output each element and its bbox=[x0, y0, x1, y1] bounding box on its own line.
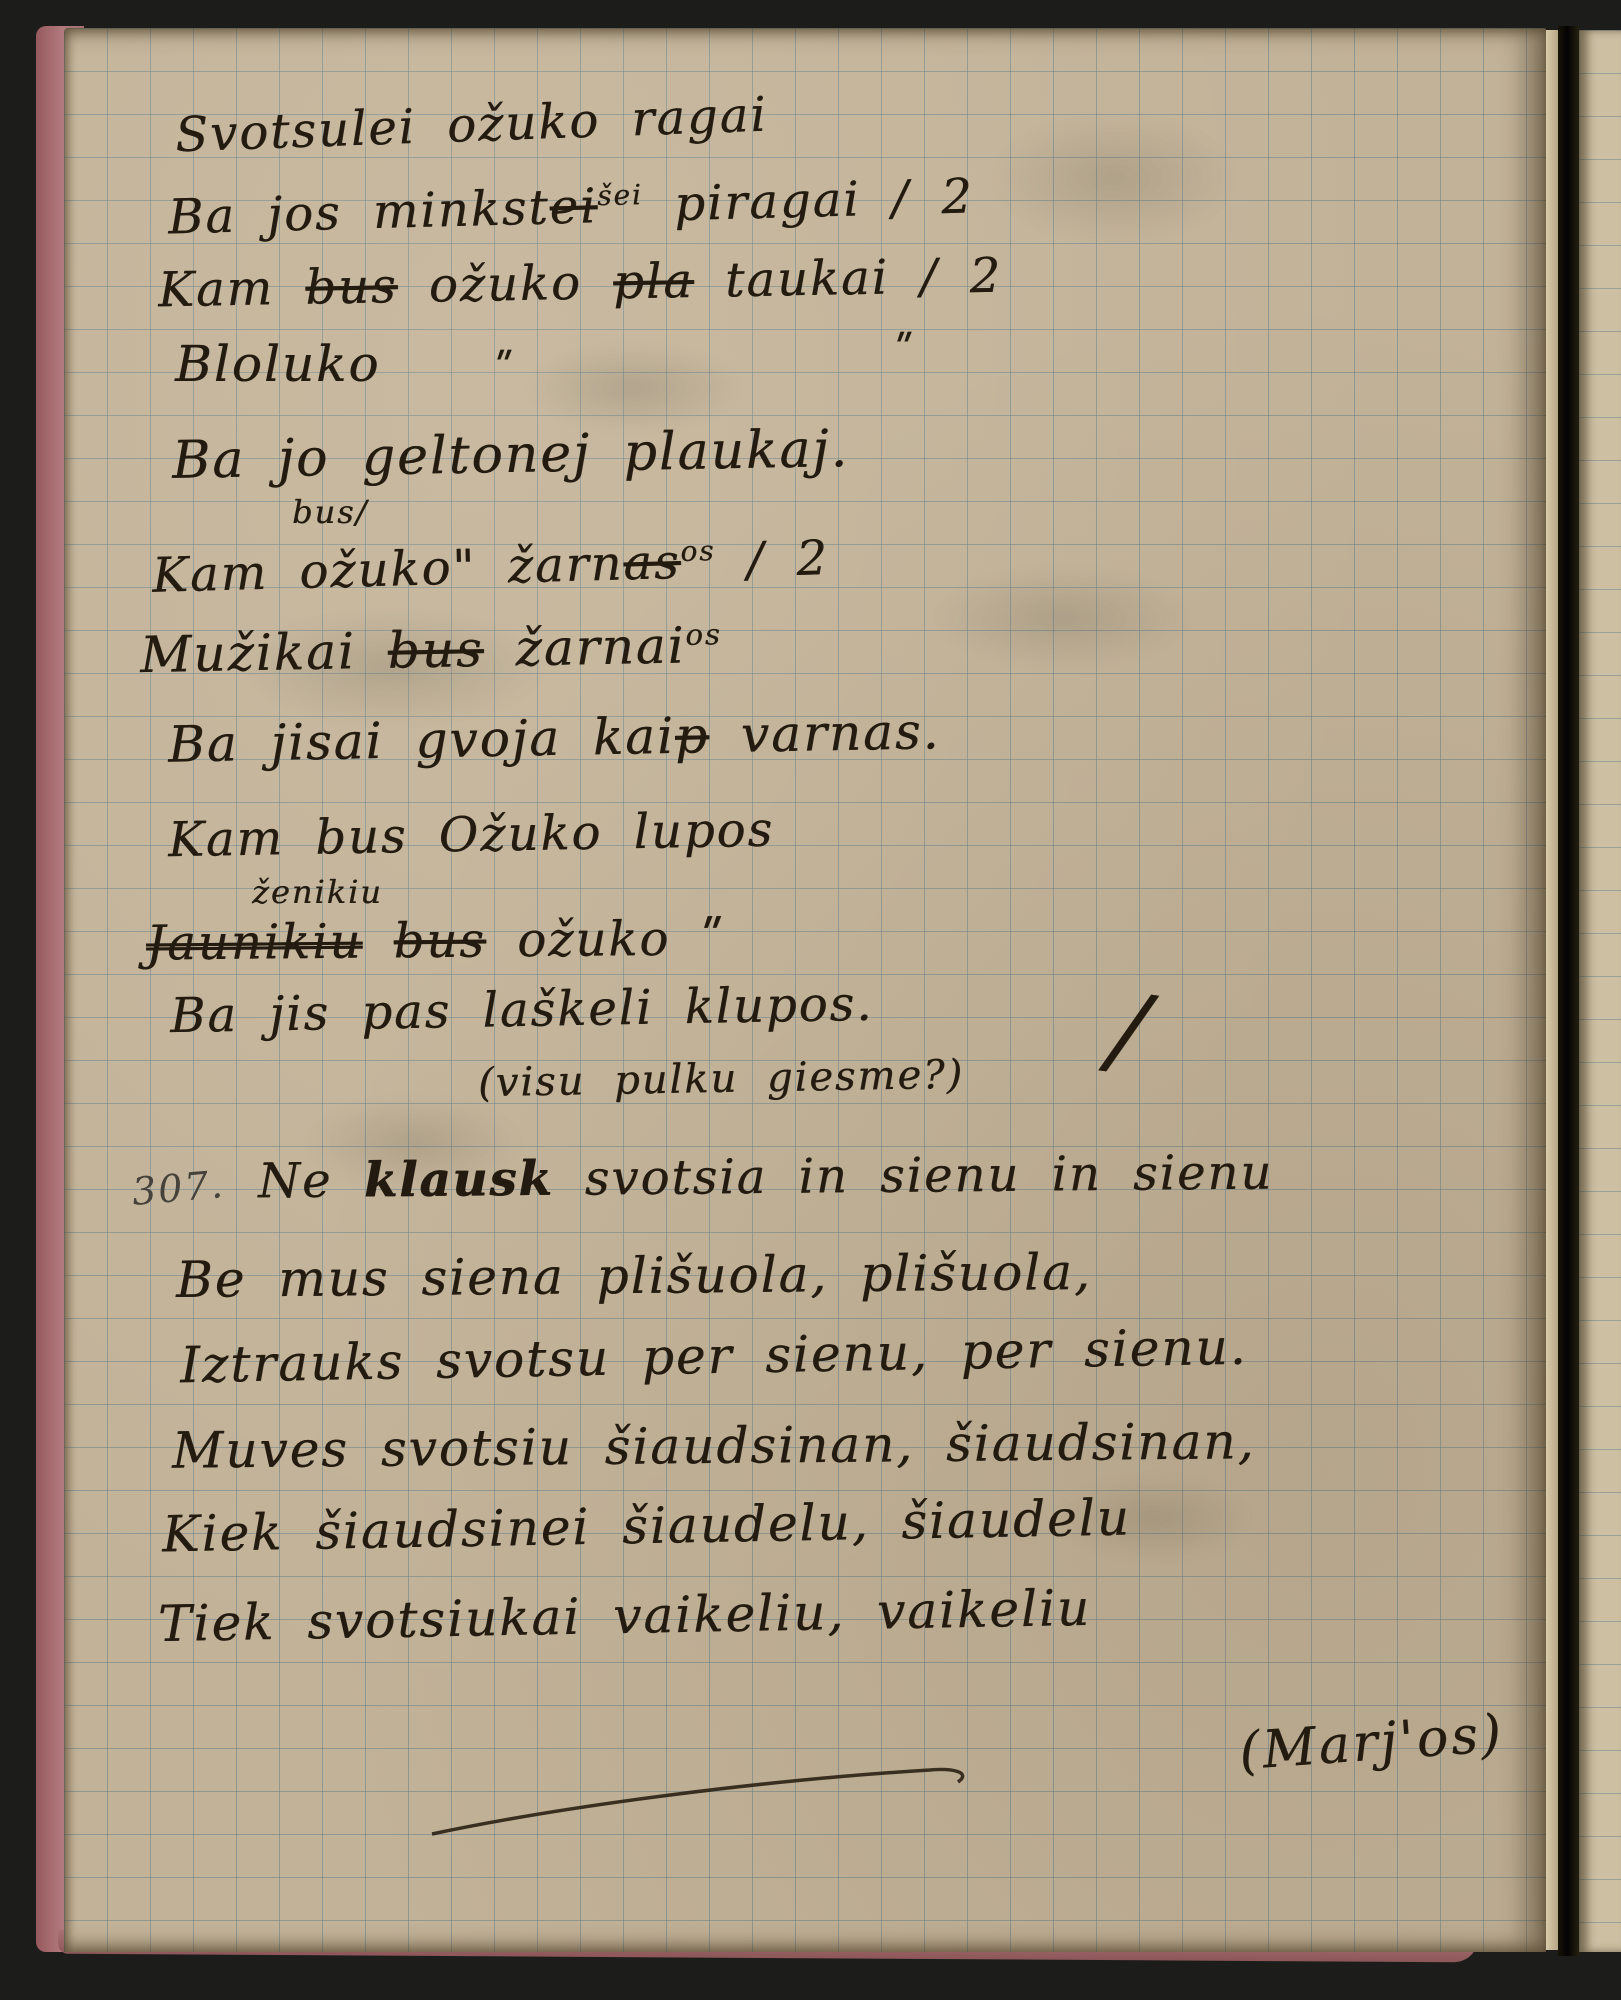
manuscript-segment: Muves svotsiu šiaudsinan, šiaudsinan, bbox=[172, 1412, 1256, 1479]
manuscript-segment: klausk bbox=[363, 1151, 553, 1209]
manuscript-segment: Ba jis pas laškeli klupos. bbox=[170, 976, 874, 1044]
manuscript-line: ʺ bbox=[895, 330, 915, 372]
manuscript-segment: ožuko bbox=[397, 254, 614, 314]
manuscript-segment: svotsia in sienu in sienu bbox=[553, 1145, 1273, 1207]
manuscript-line: Kam ožuko" žarnasos / 2 bbox=[151, 533, 829, 601]
manuscript-segment: taukai / 2 bbox=[693, 248, 1002, 309]
manuscript-segment: pla bbox=[613, 253, 695, 310]
manuscript-segment: žarnai bbox=[483, 617, 686, 679]
manuscript-segment: (visu pulku giesme?) bbox=[478, 1052, 965, 1106]
manuscript-line: ʺ bbox=[495, 348, 515, 390]
manuscript-line: Ba jo geltonej plaukaj. bbox=[172, 422, 850, 488]
manuscript-line: Kam bus ožuko pla taukai / 2 bbox=[158, 251, 1003, 316]
manuscript-line: Svotsulei ožuko ragai bbox=[174, 90, 768, 161]
manuscript-segment: bus bbox=[387, 620, 484, 680]
manuscript-line: Ba jis pas laškeli klupos. bbox=[170, 979, 874, 1042]
manuscript-segment: Bloluko bbox=[175, 335, 380, 393]
manuscript-segment: Kiek šiaudsinei šiaudelu, šiaudelu bbox=[162, 1489, 1132, 1564]
page-edge-shadow bbox=[1558, 26, 1579, 1956]
ink-smudge bbox=[884, 548, 1244, 688]
manuscript-segment: bus bbox=[393, 913, 486, 970]
next-page-sliver bbox=[1579, 30, 1621, 1952]
manuscript-segment: Ne bbox=[258, 1153, 364, 1210]
manuscript-segment: Ba jos minkst bbox=[167, 180, 550, 246]
manuscript-line: Mužikai bus žarnaios bbox=[140, 619, 723, 682]
manuscript-segment: Tiek svotsiukai vaikeliu, vaikeliu bbox=[158, 1579, 1092, 1653]
manuscript-segment: ʺ bbox=[895, 328, 915, 374]
manuscript-segment: Svotsulei ožuko ragai bbox=[174, 87, 768, 164]
manuscript-page: 307. (Marj'os) Svotsulei ožuko ragaiBa j… bbox=[64, 28, 1546, 1952]
page-edge-highlight bbox=[1546, 30, 1558, 1950]
manuscript-segment: p bbox=[674, 706, 709, 765]
manuscript-segment: Iztrauks svotsu per sienu, per sienu. bbox=[180, 1318, 1248, 1395]
notebook-scan: 307. (Marj'os) Svotsulei ožuko ragaiBa j… bbox=[0, 0, 1621, 2000]
manuscript-segment bbox=[362, 913, 394, 969]
manuscript-line: (visu pulku giesme?) bbox=[478, 1054, 965, 1104]
manuscript-segment: šei bbox=[597, 178, 644, 212]
manuscript-segment: ei bbox=[549, 178, 598, 235]
manuscript-segment: Kam bus Ožuko lupos bbox=[168, 802, 775, 869]
manuscript-line: Tiek svotsiukai vaikeliu, vaikeliu bbox=[158, 1582, 1092, 1651]
manuscript-line: Jaunikiu bus ožuko ʺ bbox=[146, 913, 726, 968]
manuscript-line: Iztrauks svotsu per sienu, per sienu. bbox=[180, 1321, 1248, 1392]
manuscript-line: bus/ bbox=[292, 496, 368, 530]
ink-smudge bbox=[944, 88, 1284, 268]
manuscript-segment: as bbox=[623, 534, 682, 591]
manuscript-segment: ʺ bbox=[495, 346, 515, 392]
manuscript-line: Kam bus Ožuko lupos bbox=[168, 805, 775, 866]
manuscript-line: Bloluko bbox=[175, 338, 380, 391]
manuscript-line: Ba jisai gvoja kaip varnas. bbox=[168, 705, 941, 771]
manuscript-segment: Jaunikiu bbox=[146, 914, 363, 972]
manuscript-segment: piragai / 2 bbox=[642, 168, 974, 233]
manuscript-segment: Be mus siena plišuola, plišuola, bbox=[176, 1243, 1092, 1309]
manuscript-segment: varnas. bbox=[708, 702, 940, 764]
manuscript-segment: os bbox=[685, 617, 722, 652]
margin-song-number: 307. bbox=[130, 1162, 226, 1214]
manuscript-segment: / bbox=[1104, 970, 1156, 1091]
manuscript-segment: Ba jisai gvoja kai bbox=[168, 707, 676, 774]
manuscript-line: Be mus siena plišuola, plišuola, bbox=[176, 1246, 1092, 1306]
manuscript-line: Ne klausk svotsia in sienu in sienu bbox=[258, 1148, 1274, 1207]
manuscript-segment: bus/ bbox=[292, 493, 368, 531]
manuscript-segment: Mužikai bbox=[140, 622, 389, 684]
manuscript-line: Kiek šiaudsinei šiaudelu, šiaudelu bbox=[162, 1492, 1132, 1561]
manuscript-segment: os bbox=[680, 534, 716, 568]
manuscript-segment: Kam bbox=[158, 260, 306, 319]
manuscript-line: ženikiu bbox=[252, 876, 383, 910]
manuscript-line: Muves svotsiu šiaudsinan, šiaudsinan, bbox=[172, 1415, 1256, 1477]
signature: (Marj'os) bbox=[1237, 1704, 1506, 1782]
manuscript-line: Ba jos minksteišei piragai / 2 bbox=[167, 171, 974, 242]
manuscript-segment: ožuko ʺ bbox=[486, 910, 726, 968]
manuscript-segment: ženikiu bbox=[252, 873, 383, 911]
manuscript-line: / bbox=[1105, 976, 1155, 1085]
manuscript-segment: / 2 bbox=[715, 530, 830, 589]
manuscript-segment: Ba jo geltonej plaukaj. bbox=[172, 419, 850, 491]
manuscript-segment: Kam ožuko" žarn bbox=[151, 536, 624, 604]
manuscript-segment: bus bbox=[305, 258, 398, 316]
